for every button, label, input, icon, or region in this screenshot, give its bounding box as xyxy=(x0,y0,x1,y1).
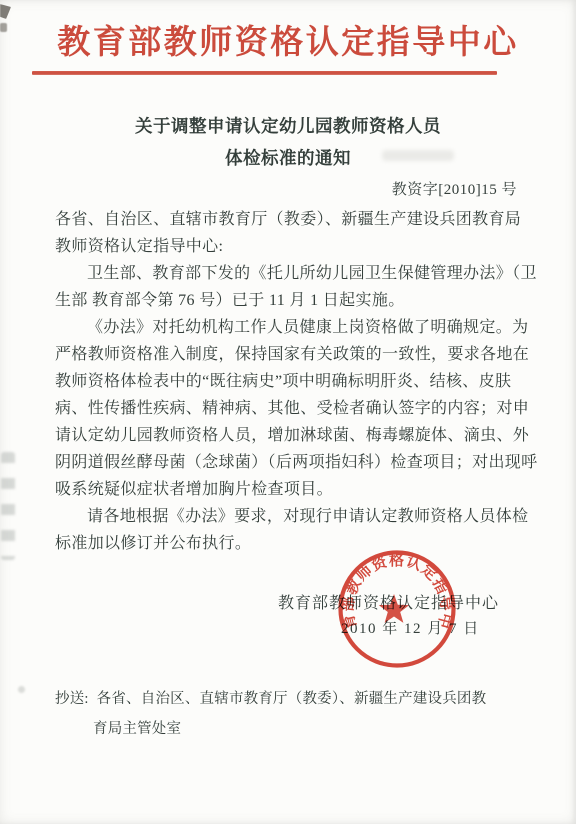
scan-artifact-speck xyxy=(18,686,25,693)
title-line-1: 关于调整申请认定幼儿园教师资格人员 xyxy=(0,110,576,142)
title-line-2: 体检标准的通知 xyxy=(0,142,576,174)
cc-label: 抄送: xyxy=(55,691,89,707)
body-line: 请认定幼儿园教师资格人员，增加淋球菌、梅毒螺旋体、滴虫、外 xyxy=(55,422,521,449)
scan-artifact-corner xyxy=(0,23,7,32)
letterhead-rule xyxy=(32,71,497,75)
body-line: 卫生部、教育部下发的《托儿所幼儿园卫生保健管理办法》（卫 xyxy=(55,260,521,287)
seal-star xyxy=(379,594,409,623)
document-number: 教资字[2010]15 号 xyxy=(392,178,517,199)
scan-artifact-bleedthrough xyxy=(1,452,15,560)
document-page: 教育部教师资格认定指导中心 关于调整申请认定幼儿园教师资格人员 体检标准的通知 … xyxy=(0,0,576,824)
document-title: 关于调整申请认定幼儿园教师资格人员 体检标准的通知 xyxy=(0,110,576,174)
body-line: 请各地根据《办法》要求，对现行申请认定教师资格人员体检 xyxy=(55,503,521,530)
cc-recipients: 各省、自治区、直辖市教育厅（教委）、新疆生产建设兵团教 xyxy=(97,691,487,707)
cc-block: 抄送:各省、自治区、直辖市教育厅（教委）、新疆生产建设兵团教 育局主管处室 xyxy=(55,684,525,744)
cc-line-2: 育局主管处室 xyxy=(55,714,525,744)
body-line: 生部 教育部令第 76 号）已于 11 月 1 日起实施。 xyxy=(55,287,521,314)
scan-artifact-smudge xyxy=(382,150,454,161)
document-body: 各省、自治区、直辖市教育厅（教委）、新疆生产建设兵团教育局 教师资格认定指导中心… xyxy=(55,206,521,557)
body-line: 教师资格体检表中的“既往病史”项中明确标明肝炎、结核、皮肤 xyxy=(55,368,521,395)
official-seal: 教育部教师资格认定指导中心 xyxy=(331,543,463,675)
body-line: 各省、自治区、直辖市教育厅（教委）、新疆生产建设兵团教育局 xyxy=(55,206,521,233)
cc-line-1: 抄送:各省、自治区、直辖市教育厅（教委）、新疆生产建设兵团教 xyxy=(55,684,525,714)
body-line: 吸系统疑似症状者增加胸片检查项目。 xyxy=(55,476,521,503)
body-line: 阴阴道假丝酵母菌（念球菌）（后两项指妇科）检查项目；对出现呼 xyxy=(55,449,521,476)
seal-arc-text: 教育部教师资格认定指导中心 xyxy=(331,543,456,631)
body-line: 病、性传播性疾病、精神病、其他、受检者确认签字的内容；对申 xyxy=(55,395,521,422)
body-line: 教师资格认定指导中心: xyxy=(55,233,521,260)
body-line: 《办法》对托幼机构工作人员健康上岗资格做了明确规定。为 xyxy=(55,314,521,341)
body-line: 严格教师资格准入制度，保持国家有关政策的一致性，要求各地在 xyxy=(55,341,521,368)
letterhead-title: 教育部教师资格认定指导中心 xyxy=(0,16,576,63)
